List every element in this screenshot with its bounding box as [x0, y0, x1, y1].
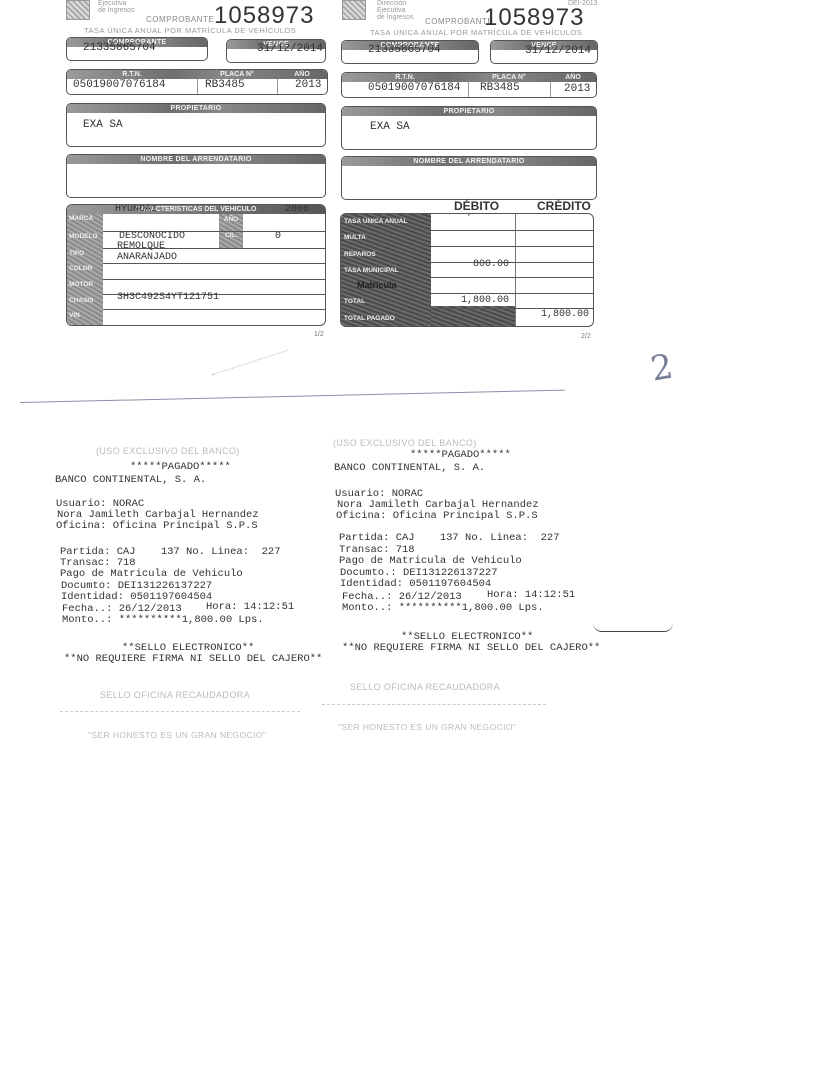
monto: Monto..: **********1,800.00 Lps.	[342, 603, 544, 615]
partida: Partida: CAJ 137 No. Linea: 227	[339, 533, 560, 545]
cil-label: CIL.	[219, 232, 243, 239]
dei-logo-icon	[342, 0, 366, 20]
concepto: Pago de Matricula de Vehiculo	[339, 556, 522, 568]
total-pagado-shade	[431, 306, 515, 326]
row-divider	[431, 277, 593, 278]
propietario-label: PROPIETARIO	[67, 104, 325, 113]
vence-field: VENCE 31/12/2014	[226, 39, 326, 63]
oficina: Oficina: Oficina Principal S.P.S	[56, 521, 258, 533]
anio-value: 2013	[295, 79, 321, 91]
comprobante-value: 21335865704	[368, 44, 441, 56]
payment-label: REPAROS	[344, 251, 376, 258]
modelo-label: MODELO	[69, 233, 98, 240]
vence-value: 31/12/2014	[257, 43, 323, 55]
page-number: 2/2	[581, 333, 591, 340]
tipo-value: REMOLQUE	[117, 241, 165, 252]
veh-anio-value: 2000	[285, 204, 309, 215]
chasis-value: 3H3C492S4YT121751	[117, 292, 219, 303]
page-number: 1/2	[314, 331, 324, 338]
rtn-label: R.T.N.	[67, 70, 197, 79]
placa-value: RB3485	[480, 82, 520, 94]
vin-label: VIN	[69, 312, 80, 319]
arrendatario-field: NOMBRE DEL ARRENDATARIO	[341, 156, 597, 200]
monto: Monto..: **********1,800.00 Lps.	[62, 615, 264, 627]
arrendatario-field: NOMBRE DEL ARRENDATARIO	[66, 154, 326, 198]
rtn-label: R.T.N.	[342, 73, 468, 82]
receipt-bottom-line	[322, 704, 546, 705]
bank-name: BANCO CONTINENTAL, S. A.	[334, 463, 485, 475]
hora: Hora: 14:12:51	[206, 602, 294, 614]
placa-label: PLACA N°	[197, 70, 277, 79]
agency-line: Dirección	[377, 0, 414, 7]
row-divider	[431, 230, 593, 231]
receipt-bottom-line	[60, 711, 300, 712]
agency-line: Ejecutiva	[377, 7, 414, 14]
divider	[277, 79, 278, 94]
firma-note: **NO REQUIERE FIRMA NI SELLO DEL CAJERO*…	[64, 654, 322, 666]
scan-artifact	[593, 623, 673, 632]
agency-name: Ejecutiva de Ingresos	[98, 0, 135, 14]
concepto: Pago de Matricula de Vehiculo	[60, 569, 243, 581]
cut-line	[20, 390, 565, 403]
rtn-placa-anio-row: R.T.N. PLACA N° AÑO 05019007076184 RB348…	[341, 72, 597, 98]
rtn-placa-anio-row: R.T.N. PLACA N° AÑO 05019007076184 RB348…	[66, 69, 328, 95]
sello-oficina: SELLO OFICINA RECAUDADORA	[350, 682, 500, 692]
color-value: ANARANJADO	[117, 252, 177, 263]
row-divider	[103, 309, 325, 310]
marca-label: MARCA	[69, 215, 93, 222]
bank-use-header: (USO EXCLUSIVO DEL BANCO)	[333, 438, 477, 448]
row-divider	[103, 263, 325, 264]
paid-status: *****PAGADO*****	[130, 462, 231, 474]
arrendatario-label: NOMBRE DEL ARRENDATARIO	[342, 157, 596, 166]
handwritten-mark: 2	[648, 346, 676, 389]
comprobante-label: COMPROBANTE	[146, 15, 214, 24]
comprobante-field: COMPROBANTE 21335865704	[341, 40, 479, 64]
comprobante-label: COMPROBANTE	[425, 17, 493, 26]
agency-line: Ejecutiva	[98, 0, 135, 7]
arrendatario-label: NOMBRE DEL ARRENDATARIO	[67, 155, 325, 164]
oficina: Oficina: Oficina Principal S.P.S	[336, 511, 538, 523]
paid-status: *****PAGADO*****	[410, 450, 511, 462]
payment-label: TOTAL	[344, 298, 365, 305]
hora: Hora: 14:12:51	[487, 590, 575, 602]
bank-slogan: "SER HONESTO ES UN GRAN NEGOCIO"	[338, 722, 516, 732]
debito-value: 1,000.00	[437, 213, 509, 218]
payment-label: MULTA	[344, 234, 366, 241]
row-divider	[431, 246, 593, 247]
payment-label: TASA ÚNICA ANUAL	[344, 218, 407, 225]
receipt-subtitle: TASA ÚNICA ANUAL POR MATRÍCULA DE VEHÍCU…	[84, 26, 296, 35]
chasis-label: CHASIS	[69, 297, 94, 304]
rtn-value: 05019007076184	[73, 79, 165, 91]
color-label: COLOR	[69, 265, 92, 272]
propietario-value: EXA SA	[83, 119, 123, 131]
matricula-stamp: Matrícula	[357, 280, 397, 290]
payment-label: TOTAL PAGADO	[344, 315, 395, 322]
payment-label: TASA MUNICIPAL	[344, 267, 398, 274]
divider	[197, 79, 198, 94]
payment-table: TASA ÚNICA ANUAL 1,000.00 MULTA REPAROS …	[340, 213, 594, 327]
anio-label: AÑO	[277, 70, 327, 79]
identidad: Identidad: 0501197604504	[61, 592, 212, 604]
propietario-field: PROPIETARIO EXA SA	[341, 106, 597, 150]
vence-value: 31/12/2014	[525, 45, 591, 57]
agency-line: de Ingresos	[377, 14, 414, 21]
tipo-label: TIPO	[69, 250, 84, 257]
rtn-value: 05019007076184	[368, 82, 460, 94]
total-pagado-value: 1,800.00	[517, 309, 589, 320]
vence-field: VENCE 31/12/2014	[490, 40, 598, 64]
divider	[468, 82, 469, 97]
receipt-subtitle: TASA ÚNICA ANUAL POR MATRÍCULA DE VEHÍCU…	[370, 28, 582, 37]
comprobante-field: COMPROBANTE 21335865704	[66, 37, 208, 61]
placa-value: RB3485	[205, 79, 245, 91]
divider	[550, 82, 551, 97]
veh-anio-label: AÑO	[219, 216, 243, 223]
agency-line: de Ingresos	[98, 7, 135, 14]
debito-value: 800.00	[437, 259, 509, 270]
anio-value: 2013	[564, 83, 590, 95]
total-debito-value: 1,800.00	[437, 295, 509, 306]
firma-note: **NO REQUIERE FIRMA NI SELLO DEL CAJERO*…	[342, 643, 600, 655]
cil-value: 0	[275, 231, 281, 242]
bank-name: BANCO CONTINENTAL, S. A.	[55, 475, 206, 487]
propietario-label: PROPIETARIO	[342, 107, 596, 116]
credito-header: CRÉDITO	[537, 199, 591, 213]
scan-artifact	[212, 350, 288, 376]
comprobante-value: 21335865704	[83, 42, 156, 54]
anio-label: AÑO	[550, 73, 596, 82]
bank-slogan: "SER HONESTO ES UN GRAN NEGOCIO"	[88, 730, 266, 740]
motor-label: MOTOR	[69, 281, 93, 288]
placa-label: PLACA N°	[468, 73, 550, 82]
vehicle-table: CARACTERÍSTICAS DEL VEHÍCULO MARCA HYUND…	[66, 204, 326, 326]
marca-value: HYUNDAI	[115, 204, 157, 215]
row-divider	[103, 279, 325, 280]
sello-oficina: SELLO OFICINA RECAUDADORA	[100, 690, 250, 700]
propietario-field: PROPIETARIO EXA SA	[66, 103, 326, 147]
agency-name: Dirección Ejecutiva de Ingresos	[377, 0, 414, 21]
propietario-value: EXA SA	[370, 121, 410, 133]
dei-logo-icon	[66, 0, 90, 20]
row-divider	[431, 293, 593, 294]
identidad: Identidad: 0501197604504	[340, 579, 491, 591]
debito-header: DÉBITO	[454, 199, 499, 213]
bank-use-header: (USO EXCLUSIVO DEL BANCO)	[96, 446, 240, 456]
